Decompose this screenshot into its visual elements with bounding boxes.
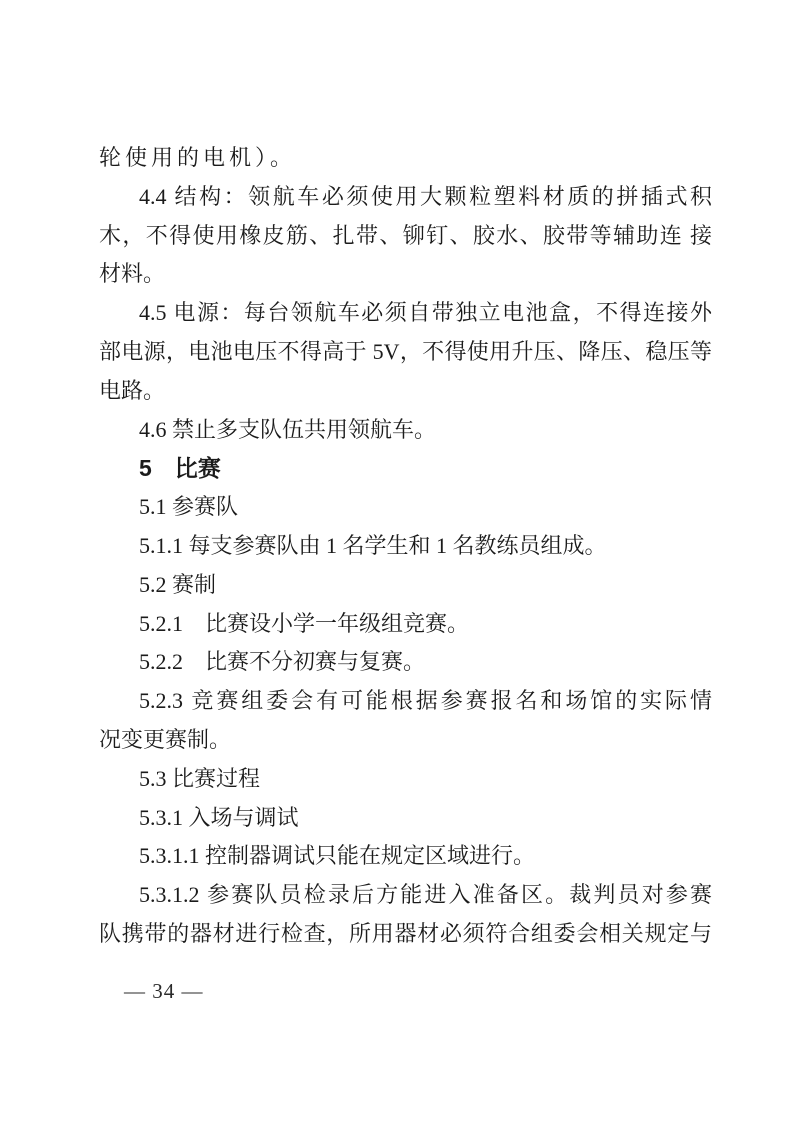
doc-line-rule-5-2-1: 5.2.1 比赛设小学一年级组竞赛。: [99, 605, 712, 644]
doc-line-rule-4-4: 4.4 结构：领航车必须使用大颗粒塑料材质的拼插式积: [99, 178, 712, 217]
doc-line: 况变更赛制。: [99, 721, 712, 760]
doc-line-rule-5-2: 5.2 赛制: [99, 566, 712, 605]
doc-line-rule-4-5: 4.5 电源：每台领航车必须自带独立电池盒，不得连接外: [99, 294, 712, 333]
doc-line: 材料。: [99, 255, 712, 294]
doc-line-rule-5-2-2: 5.2.2 比赛不分初赛与复赛。: [99, 643, 712, 682]
page-number: — 34 —: [124, 978, 204, 1004]
doc-line: 轮使用的电机）。: [99, 139, 712, 178]
doc-line-rule-5-2-3: 5.2.3 竞赛组委会有可能根据参赛报名和场馆的实际情: [99, 682, 712, 721]
doc-line: 部电源，电池电压不得高于 5V，不得使用升压、降压、稳压等: [99, 333, 712, 372]
doc-line-rule-5-3-1-2: 5.3.1.2 参赛队员检录后方能进入准备区。裁判员对参赛: [99, 876, 712, 915]
doc-line-rule-5-1: 5.1 参赛队: [99, 488, 712, 527]
doc-line-rule-5-3-1-1: 5.3.1.1 控制器调试只能在规定区域进行。: [99, 837, 712, 876]
document-page: 轮使用的电机）。 4.4 结构：领航车必须使用大颗粒塑料材质的拼插式积 木，不得…: [0, 0, 794, 1122]
doc-line-rule-5-3: 5.3 比赛过程: [99, 760, 712, 799]
page-body: 轮使用的电机）。 4.4 结构：领航车必须使用大颗粒塑料材质的拼插式积 木，不得…: [99, 139, 712, 954]
doc-line: 电路。: [99, 372, 712, 411]
doc-line: 木，不得使用橡皮筋、扎带、铆钉、胶水、胶带等辅助连 接: [99, 217, 712, 256]
doc-line-rule-5-3-1: 5.3.1 入场与调试: [99, 799, 712, 838]
section-heading-5: 5 比赛: [99, 449, 712, 488]
doc-line: 队携带的器材进行检查，所用器材必须符合组委会相关规定与: [99, 915, 712, 954]
doc-line-rule-4-6: 4.6 禁止多支队伍共用领航车。: [99, 411, 712, 450]
doc-line-rule-5-1-1: 5.1.1 每支参赛队由 1 名学生和 1 名教练员组成。: [99, 527, 712, 566]
